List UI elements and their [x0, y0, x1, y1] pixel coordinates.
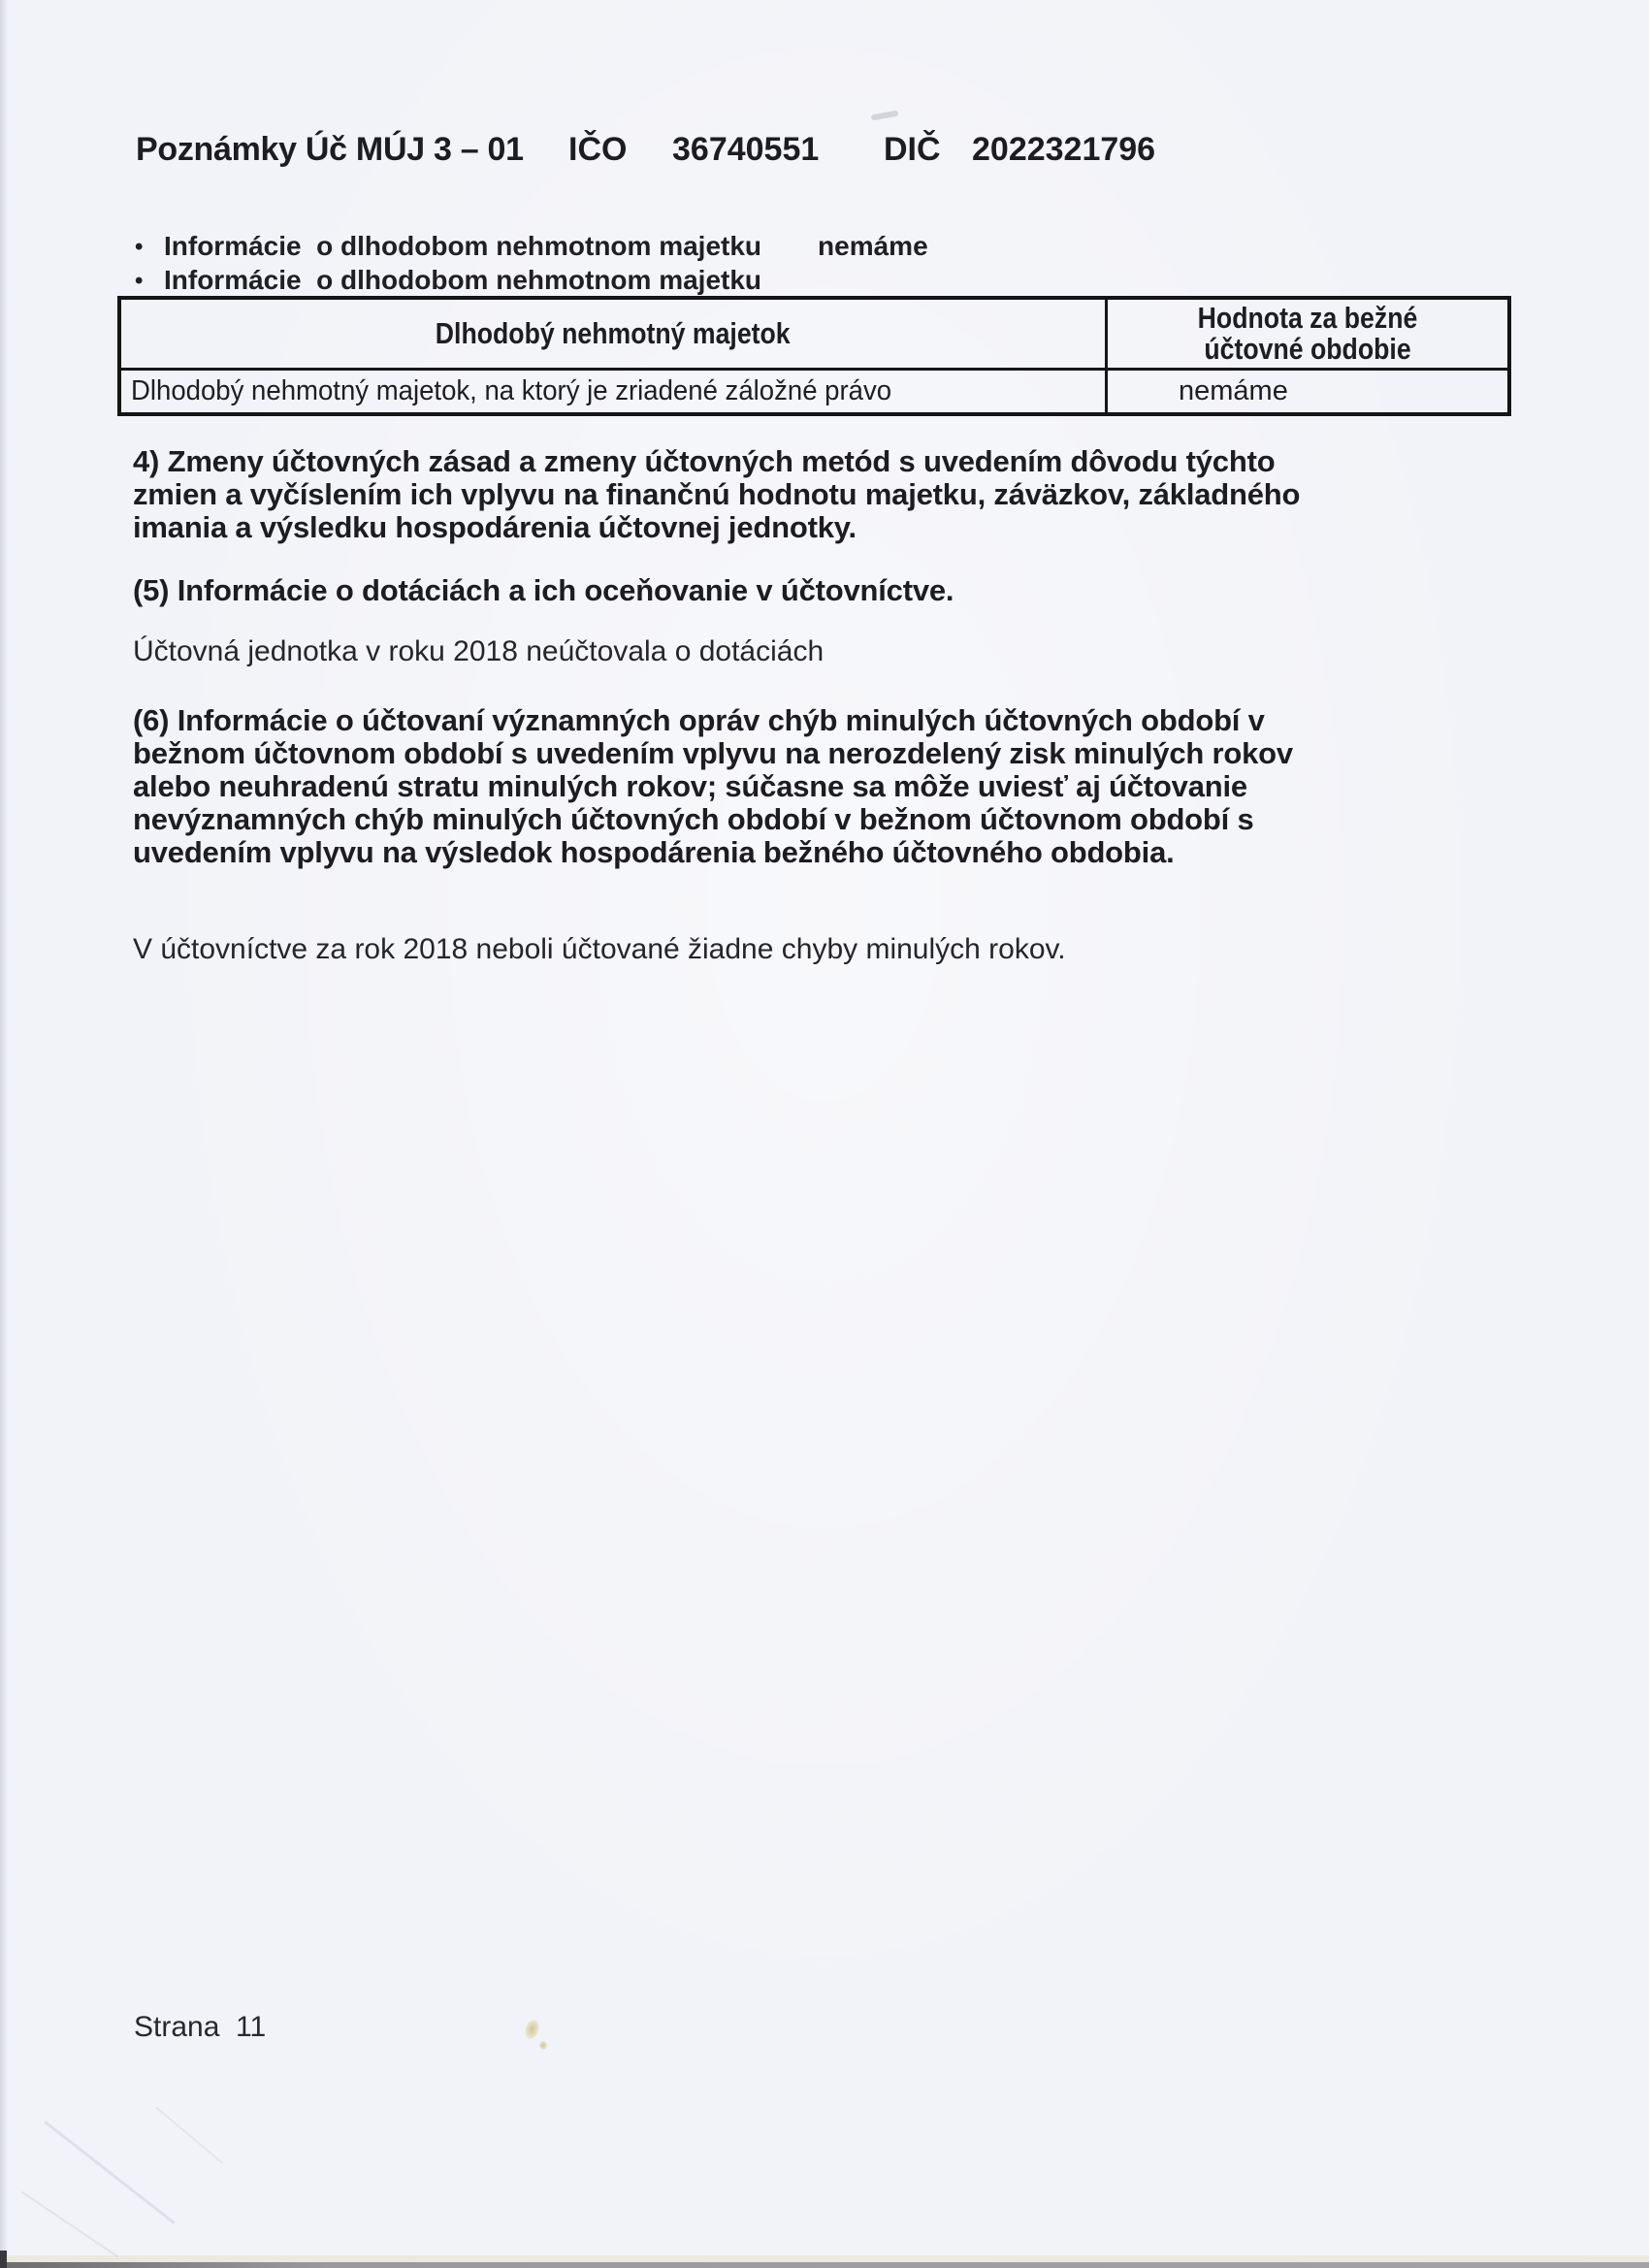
table-header-asset: Dlhodobý nehmotný majetok	[121, 300, 1105, 368]
scan-bottom-edge-light	[0, 2255, 1649, 2262]
page-number: Strana 11	[134, 2011, 266, 2044]
scan-smudge	[539, 2041, 547, 2050]
paragraph-5-body: Účtovná jednotka v roku 2018 neúčtovala …	[133, 635, 824, 668]
paragraph-6-error-corrections: (6) Informácie o účtovaní významných opr…	[133, 704, 1293, 869]
dic-value: 2022321796	[972, 130, 1155, 169]
scan-pencil-mark	[871, 111, 899, 121]
bullet-value: nemáme	[818, 231, 928, 261]
scan-crease-line	[44, 2121, 176, 2224]
bullet-item-intangible-assets-1: •Informácie o dlhodobom nehmotnom majetk…	[135, 230, 928, 263]
scan-left-edge-shadow	[0, 0, 9, 2268]
ico-value: 36740551	[672, 130, 819, 169]
form-title: Poznámky Úč MÚJ 3 – 01	[136, 130, 524, 169]
scan-smudge	[523, 2018, 541, 2040]
table-header-asset-label: Dlhodobý nehmotný majetok	[436, 318, 791, 349]
bullet-label: Informácie o dlhodobom nehmotnom majetku	[164, 265, 761, 295]
scan-corner-mark	[0, 2251, 7, 2268]
table-row-label-text: Dlhodobý nehmotný majetok, na ktorý je z…	[131, 375, 891, 407]
bullet-label: Informácie o dlhodobom nehmotnom majetku	[164, 231, 761, 261]
bullet-item-intangible-assets-2: •Informácie o dlhodobom nehmotnom majetk…	[135, 264, 818, 297]
bullet-icon: •	[135, 265, 164, 297]
scanned-document-page: Poznámky Úč MÚJ 3 – 01 IČO 36740551 DIČ …	[0, 0, 1649, 2268]
table-row-value: nemáme	[1108, 371, 1507, 412]
paragraph-5-heading-subsidies: (5) Informácie o dotáciách a ich oceňova…	[133, 574, 954, 607]
bullet-icon: •	[135, 231, 164, 263]
ico-label: IČO	[568, 130, 627, 169]
table-header-value-label: Hodnota za bežné účtovné obdobie	[1159, 303, 1456, 365]
scan-bottom-edge-dark	[0, 2262, 1649, 2268]
scan-crease-line	[21, 2191, 119, 2258]
paragraph-7-no-errors-note: V účtovníctve za rok 2018 neboli účtovan…	[133, 933, 1066, 966]
paragraph-4-accounting-changes: 4) Zmeny účtovných zásad a zmeny účtovný…	[133, 445, 1300, 544]
table-row-label: Dlhodobý nehmotný majetok, na ktorý je z…	[121, 371, 1105, 412]
table-row-value-text: nemáme	[1179, 375, 1288, 407]
table-header-value: Hodnota za bežné účtovné obdobie	[1108, 300, 1507, 368]
dic-label: DIČ	[884, 130, 941, 169]
scan-crease-line	[155, 2106, 223, 2163]
intangible-assets-table: Dlhodobý nehmotný majetok Hodnota za bež…	[117, 296, 1511, 416]
